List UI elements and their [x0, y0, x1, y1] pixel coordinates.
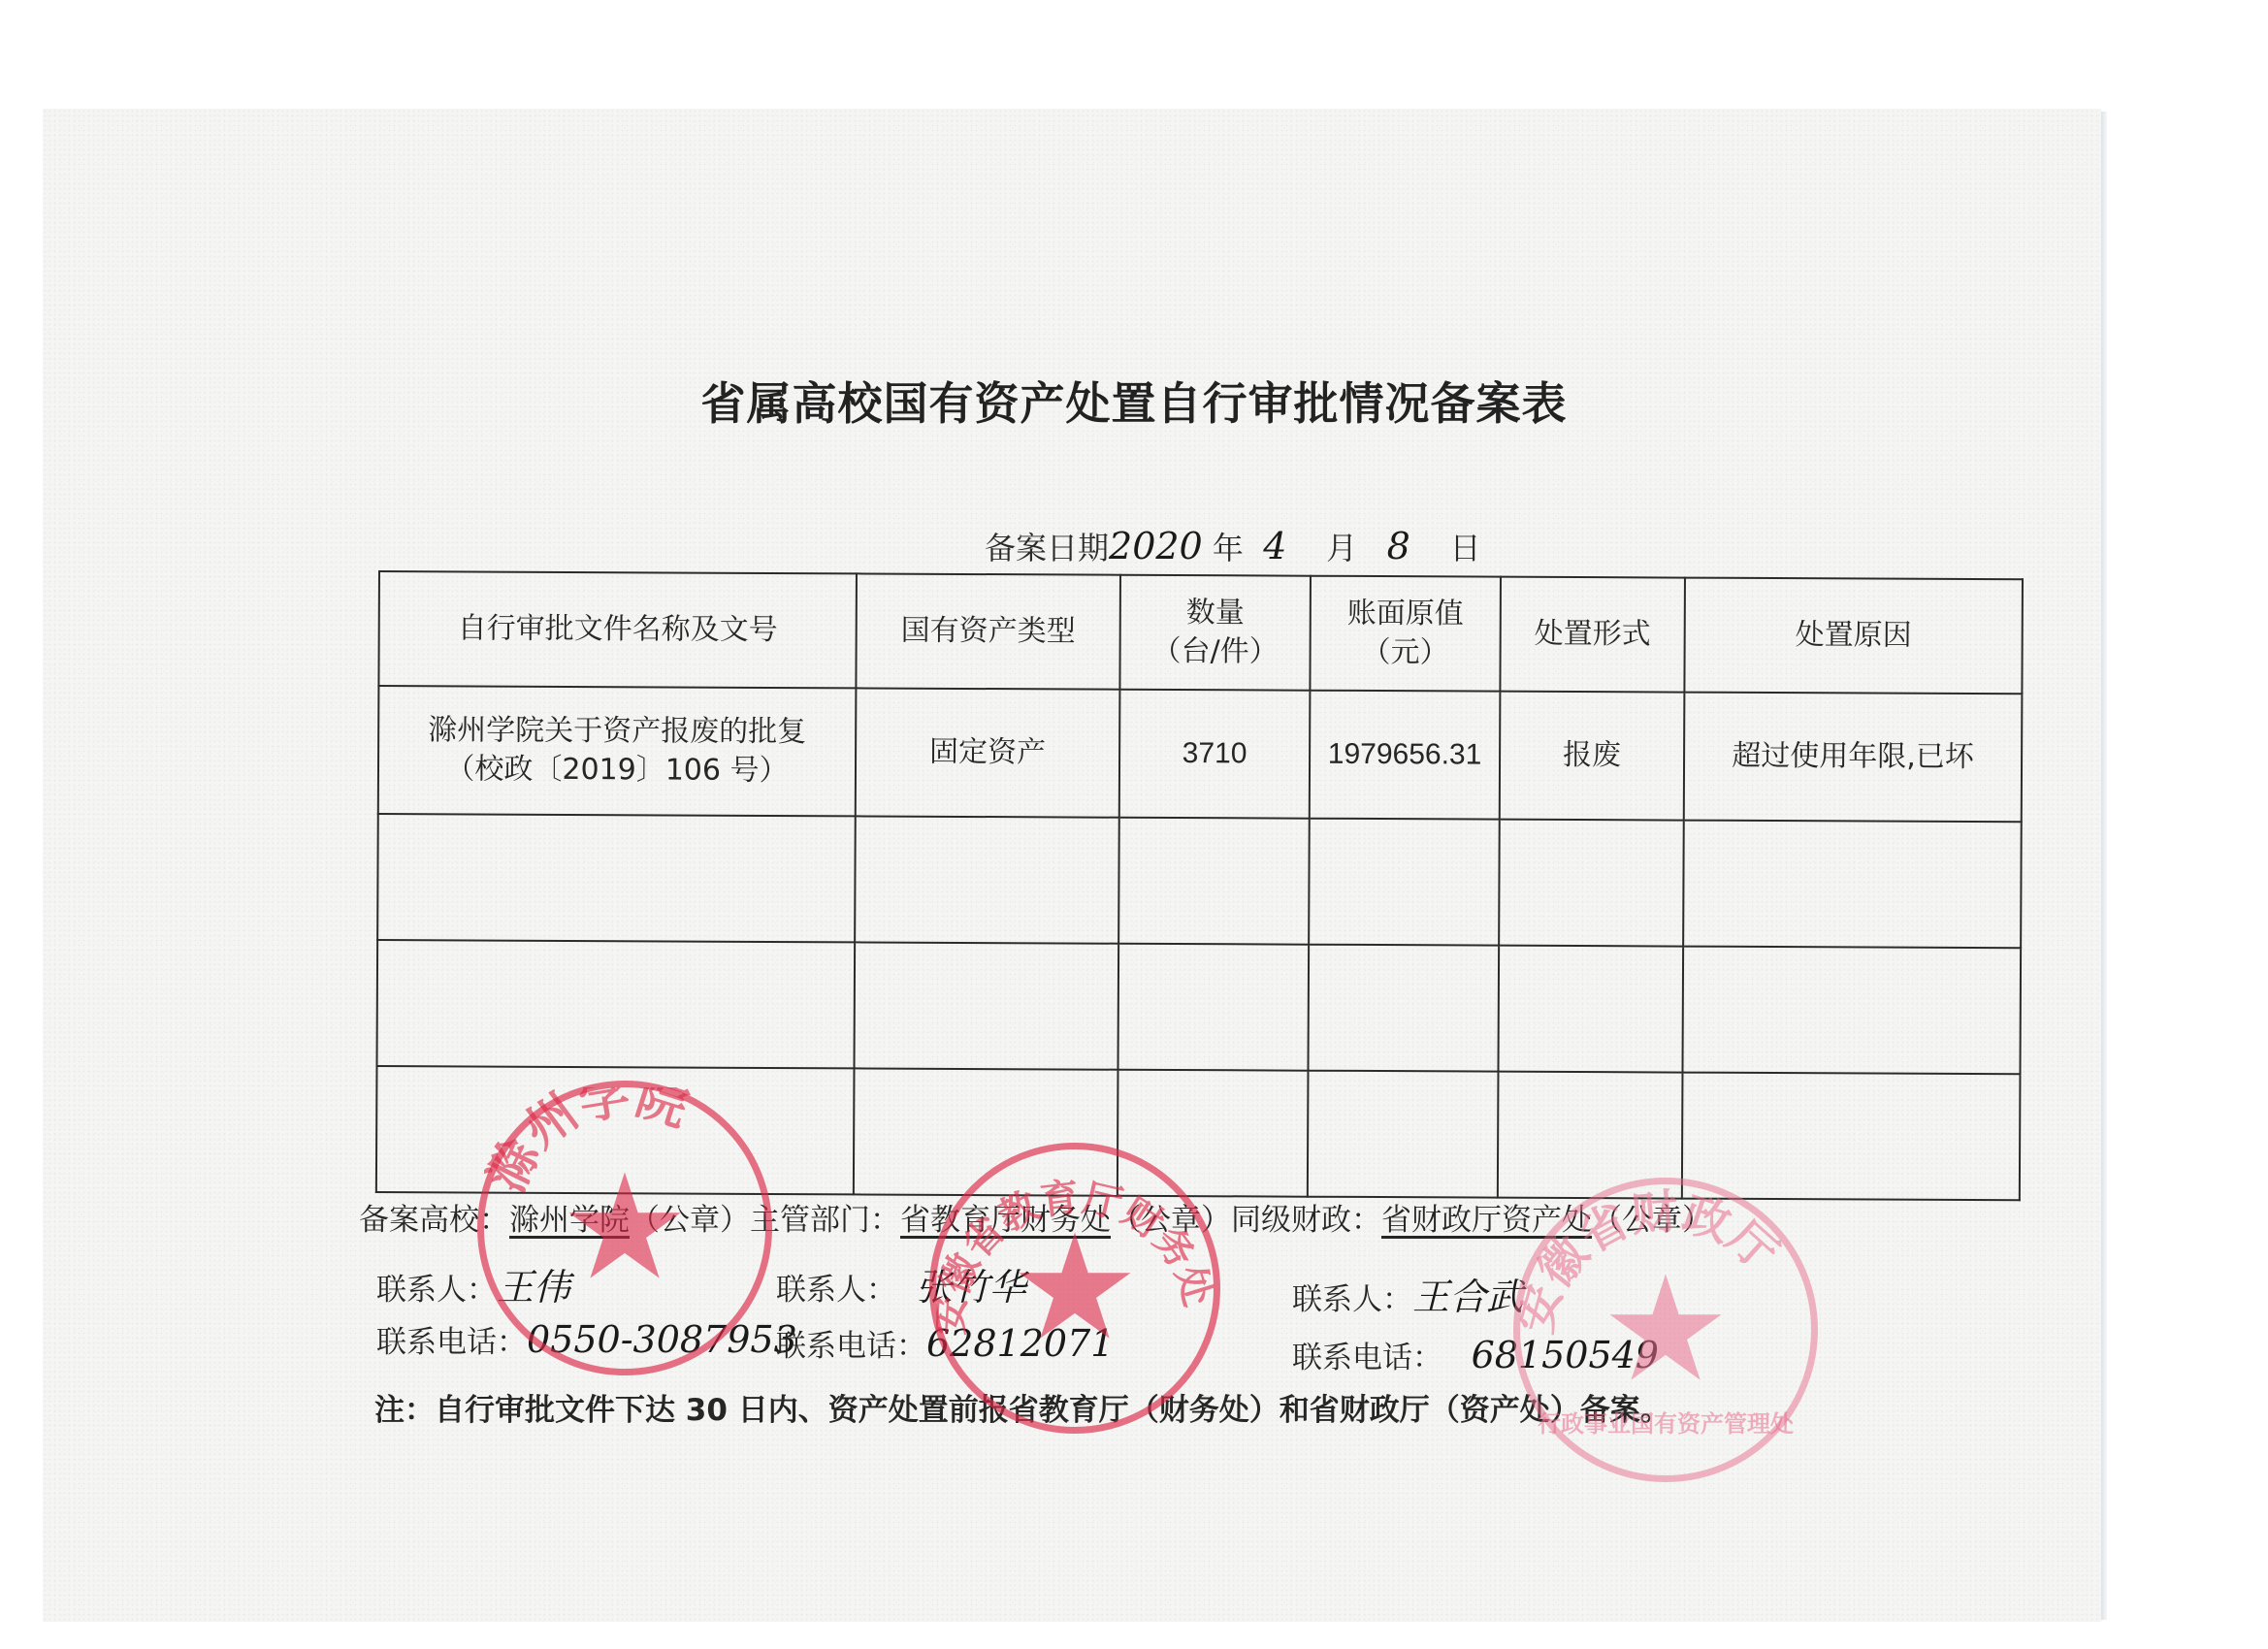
- university-contact: 联系人：王伟: [376, 1257, 570, 1310]
- table-row-empty: [376, 1066, 2021, 1200]
- table-row-empty: [377, 814, 2022, 948]
- header-quantity: 数量（台/件）: [1119, 575, 1311, 691]
- department-seal-label: （公章）: [1111, 1203, 1231, 1238]
- university-name: 滁州学院: [509, 1203, 630, 1238]
- table-header-row: 自行审批文件名称及文号 国有资产类型 数量（台/件） 账面原值（元） 处置形式 …: [378, 571, 2023, 694]
- finance-phone: 联系电话： 68150549: [1292, 1333, 1659, 1376]
- finance-name: 省财政厅资产处: [1381, 1203, 1592, 1238]
- finance-phone-value: 68150549: [1472, 1334, 1659, 1376]
- header-disposal-reason: 处置原因: [1684, 578, 2023, 695]
- university-phone: 联系电话：0550-3087953: [376, 1317, 797, 1361]
- department-phone: 联系电话：62812071: [776, 1321, 1114, 1365]
- department-phone-value: 62812071: [926, 1322, 1114, 1365]
- finance-contact: 联系人：王合武: [1292, 1267, 1523, 1320]
- finance-label: 同级财政：: [1231, 1203, 1381, 1238]
- university-label: 备案高校：: [359, 1203, 509, 1238]
- document-title: 省属高校国有资产处置自行审批情况备案表: [0, 369, 2268, 433]
- date-day: 8: [1387, 525, 1410, 567]
- date-label: 备案日期: [985, 530, 1109, 566]
- date-year-unit: 年: [1213, 530, 1244, 566]
- department-contact: 联系人： 张竹华: [776, 1257, 1026, 1310]
- department-name: 省教育厅财务处: [900, 1203, 1111, 1238]
- paper-edge-shadow: [2101, 112, 2107, 1620]
- cell-quantity: 3710: [1119, 690, 1311, 819]
- university-phone-value: 0550-3087953: [527, 1318, 797, 1361]
- finance-contact-signature: 王合武: [1412, 1276, 1523, 1318]
- cell-doc-name: 滁州学院关于资产报废的批复（校政〔2019〕106 号）: [378, 686, 857, 816]
- disposal-record-table: 自行审批文件名称及文号 国有资产类型 数量（台/件） 账面原值（元） 处置形式 …: [375, 570, 2024, 1201]
- filing-parties-line: 备案高校：滁州学院（公章）主管部门：省教育厅财务处（公章）同级财政：省财政厅资产…: [359, 1195, 1712, 1239]
- date-month: 4: [1263, 525, 1286, 567]
- date-month-unit: 月: [1326, 530, 1357, 566]
- university-contact-signature: 王伟: [497, 1266, 570, 1309]
- header-doc-name: 自行审批文件名称及文号: [378, 571, 857, 688]
- cell-disposal-form: 报废: [1500, 692, 1685, 821]
- university-seal-label: （公章）: [630, 1203, 750, 1238]
- filing-note: 注：自行审批文件下达 30 日内、资产处置前报省教育厅（财务处）和省财政厅（资产…: [374, 1385, 1670, 1429]
- cell-disposal-reason: 超过使用年限,已坏: [1684, 693, 2023, 823]
- header-disposal-form: 处置形式: [1500, 577, 1685, 693]
- table-row: 滁州学院关于资产报废的批复（校政〔2019〕106 号） 固定资产 3710 1…: [378, 686, 2023, 822]
- department-contact-signature: 张竹华: [916, 1266, 1026, 1309]
- department-label: 主管部门：: [750, 1203, 900, 1238]
- date-year: 2020: [1109, 525, 1203, 567]
- finance-seal-label: （公章）: [1592, 1203, 1712, 1238]
- header-asset-type: 国有资产类型: [856, 573, 1120, 689]
- cell-asset-type: 固定资产: [856, 688, 1120, 817]
- table-row-empty: [377, 940, 2022, 1074]
- date-day-unit: 日: [1450, 530, 1481, 566]
- filing-date: 备案日期2020 年 4 月 8 日: [985, 524, 1481, 568]
- header-book-value: 账面原值（元）: [1310, 576, 1501, 692]
- cell-book-value: 1979656.31: [1310, 691, 1501, 820]
